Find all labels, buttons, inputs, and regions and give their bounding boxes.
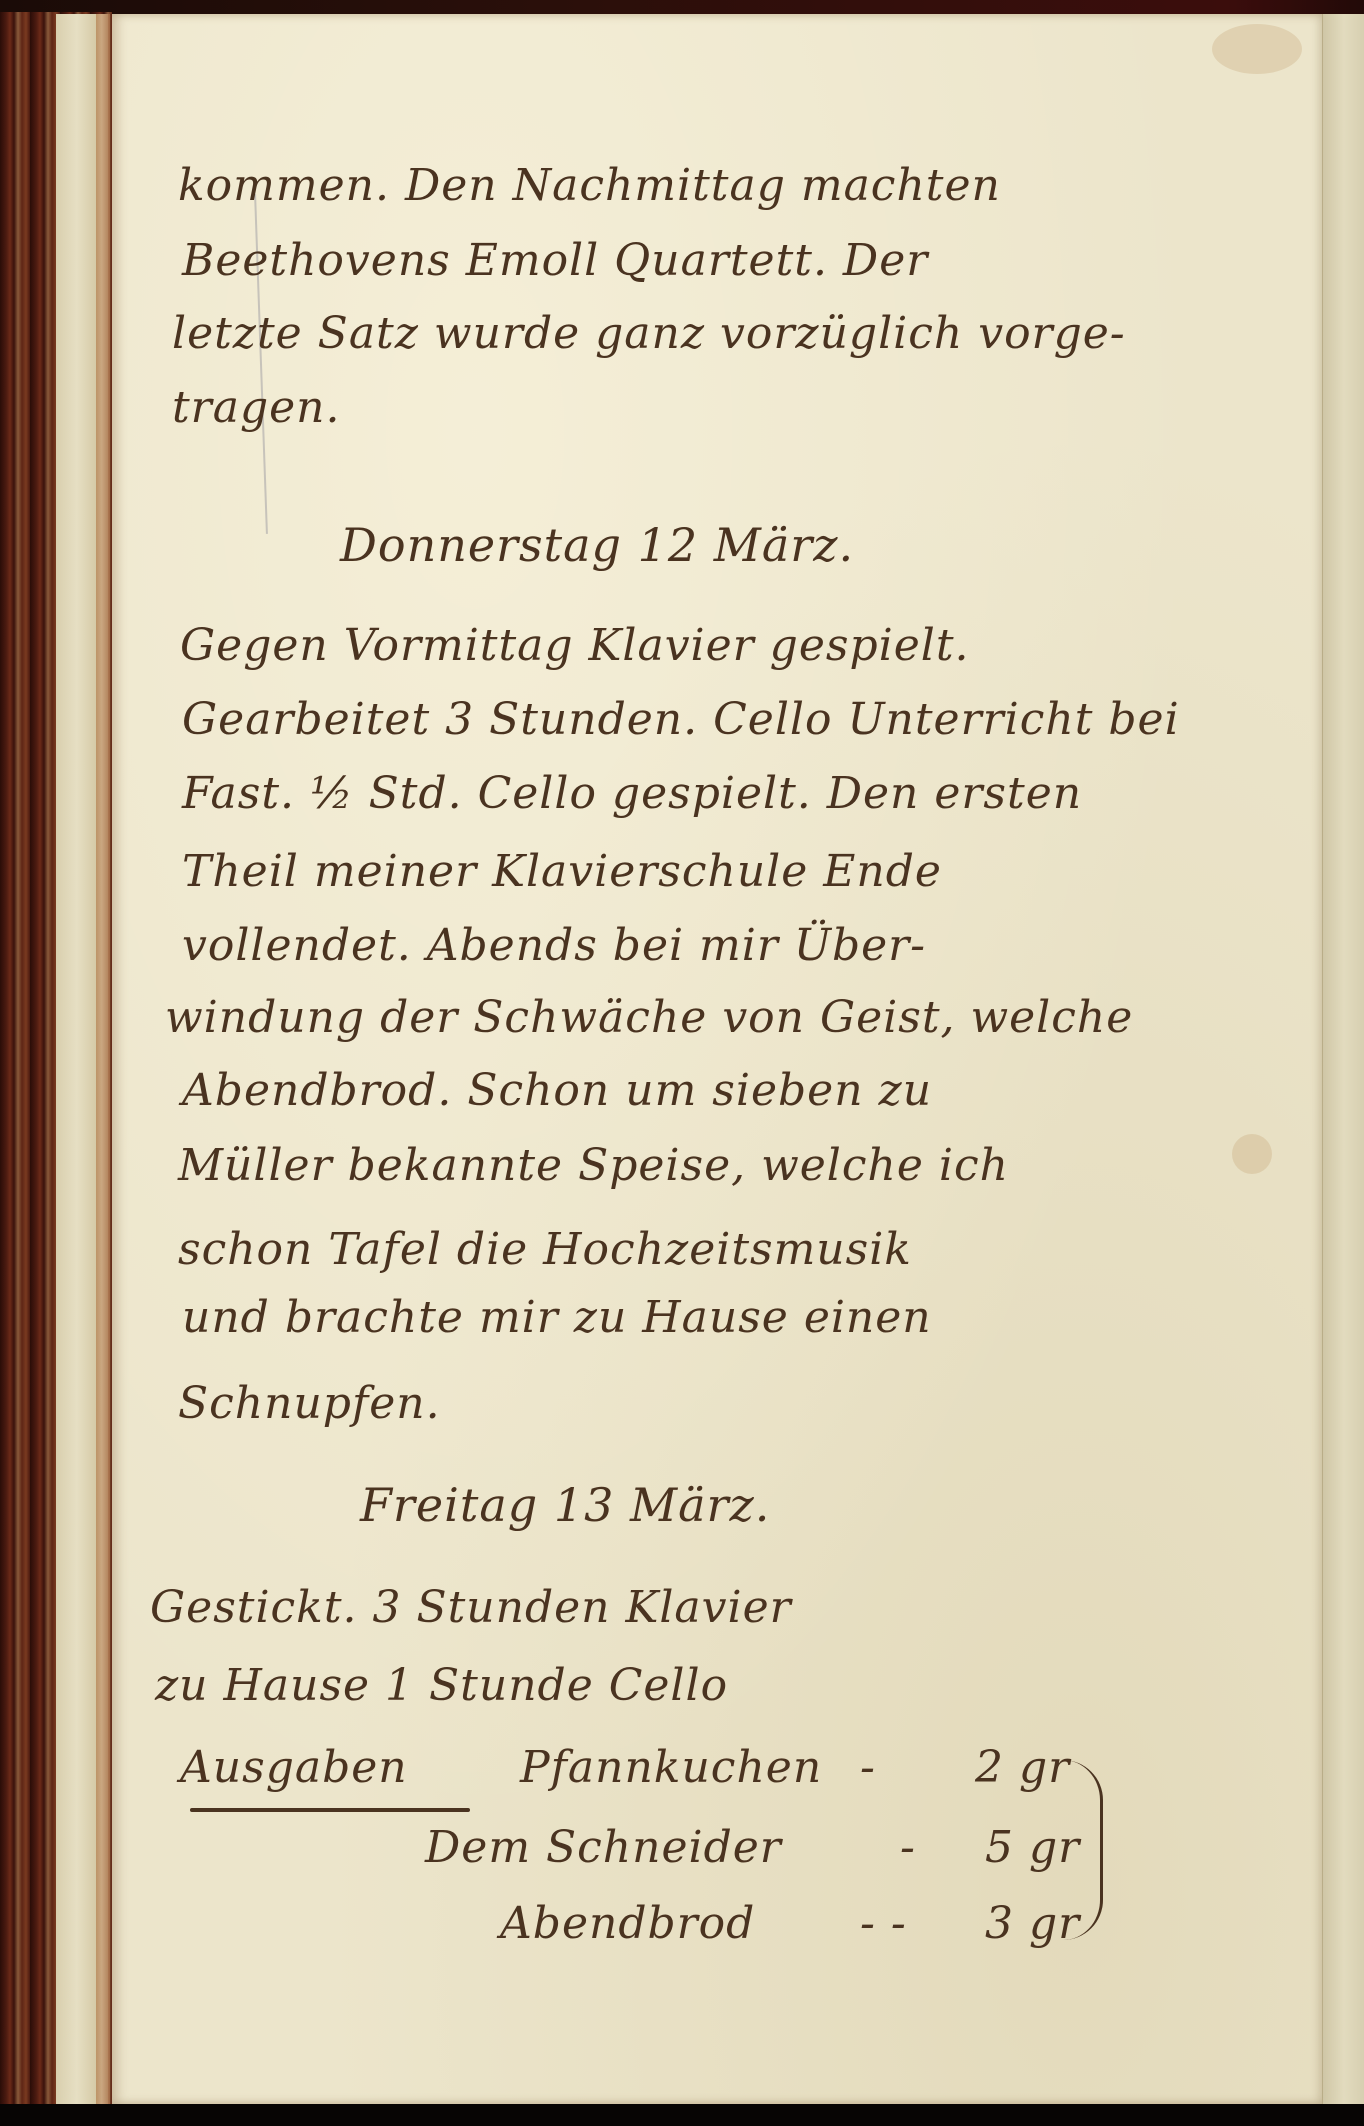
expense-item-dash: -	[900, 1822, 916, 1873]
expenses-underline	[190, 1808, 470, 1812]
text-line: kommen. Den Nachmittag machten	[178, 160, 1001, 211]
text-line: Gestickt. 3 Stunden Klavier	[150, 1582, 792, 1633]
text-line: Theil meiner Klavierschule Ende	[182, 846, 942, 897]
text-line: zu Hause 1 Stunde Cello	[155, 1660, 728, 1711]
foxing-stain	[1212, 24, 1302, 74]
expense-item-dash: - -	[860, 1898, 907, 1949]
text-line: Beethovens Emoll Quartett. Der	[182, 235, 928, 286]
text-line: vollendet. Abends bei mir Über-	[182, 920, 926, 971]
text-line: Fast. ½ Std. Cello gespielt. Den ersten	[182, 768, 1082, 819]
expense-item-name: Dem Schneider	[425, 1822, 782, 1873]
expense-item-name: Pfannkuchen	[520, 1742, 822, 1793]
next-page-edge	[1322, 14, 1364, 2104]
text-line: letzte Satz wurde ganz vorzüglich vorge-	[172, 308, 1126, 359]
text-line: und brachte mir zu Hause einen	[182, 1292, 932, 1343]
expense-item-amount: 2 gr	[975, 1742, 1070, 1793]
expense-item-name: Abendbrod	[500, 1898, 755, 1949]
expenses-label: Ausgaben	[180, 1742, 408, 1793]
text-line: schon Tafel die Hochzeitsmusik	[178, 1224, 912, 1275]
expense-item-dash: -	[860, 1742, 876, 1793]
book-bottom-edge	[0, 2104, 1364, 2126]
gutter-shadow	[96, 14, 110, 2104]
entry-heading-friday: Freitag 13 März.	[360, 1478, 770, 1532]
expense-bracket	[1060, 1760, 1103, 1940]
foxing-stain	[1232, 1134, 1272, 1174]
text-line: Gegen Vormittag Klavier gespielt.	[180, 620, 970, 671]
entry-heading-thursday: Donnerstag 12 März.	[340, 518, 854, 572]
text-line: Gearbeitet 3 Stunden. Cello Unterricht b…	[182, 694, 1180, 745]
text-line: Schnupfen.	[178, 1378, 441, 1429]
text-line: Abendbrod. Schon um sieben zu	[182, 1065, 932, 1116]
text-line: Müller bekannte Speise, welche ich	[178, 1140, 1009, 1191]
text-line: windung der Schwäche von Geist, welche	[165, 992, 1133, 1043]
text-line: tragen.	[172, 382, 340, 433]
